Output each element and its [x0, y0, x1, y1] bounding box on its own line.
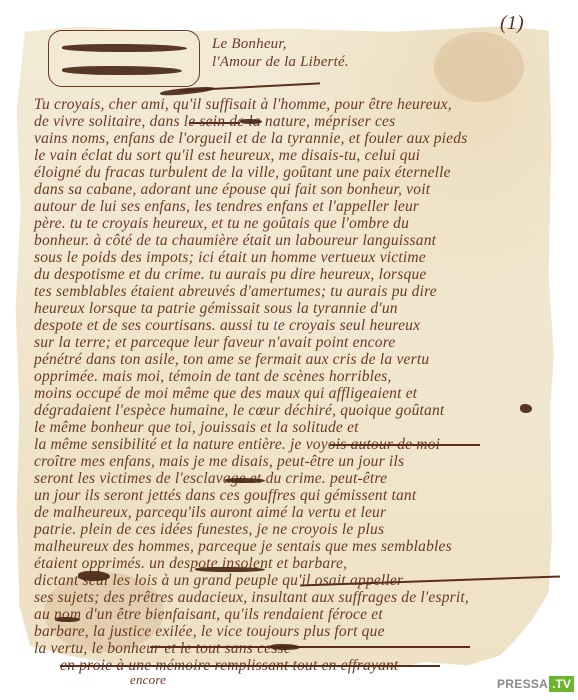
ink-strikeout — [150, 646, 470, 648]
manuscript-line: patrie. plein de ces idées funestes, je … — [34, 521, 384, 539]
manuscript-line: pénétré dans ton asile, ton ame se ferma… — [34, 351, 429, 369]
watermark-prefix: PRESSA — [497, 677, 548, 691]
manuscript-line: seront les victimes de l'esclavage et du… — [34, 470, 387, 488]
heading-title: Le Bonheur, — [212, 36, 287, 53]
manuscript-line: vains noms, enfans de l'orgueil et de la… — [34, 130, 467, 148]
manuscript-line: tes semblables étaient abreuvés d'amertu… — [34, 283, 437, 301]
manuscript-line: la vertu, le bonheur et le tout sans ces… — [34, 640, 291, 658]
manuscript-line: croître mes enfans, mais je me disais, p… — [34, 453, 404, 471]
manuscript-line: éloigné du fracas turbulent de la ville,… — [34, 164, 451, 182]
ink-strikeout — [62, 44, 187, 52]
paper-stain — [434, 32, 524, 102]
ink-strikeout — [62, 66, 182, 75]
ink-strikeout — [190, 122, 240, 124]
manuscript-line: le même bonheur que toi, jouissais et la… — [34, 419, 359, 437]
manuscript-line: moins occupé de moi même que des maux qu… — [34, 385, 417, 403]
page-number: (1) — [500, 12, 524, 35]
ink-blot — [270, 644, 300, 650]
manuscript-line: bonheur. à côté de ta chaumière était un… — [34, 232, 436, 250]
pressa-tv-watermark: PRESSA .TV — [497, 676, 574, 692]
manuscript-line: sous le poids des impots; ici était un h… — [34, 249, 426, 267]
ink-strikeout — [55, 617, 80, 622]
manuscript-line: le vain éclat du sort qu'il est heureux,… — [34, 147, 420, 165]
manuscript-line: opprimée. mais moi, témoin de tant de sc… — [34, 368, 392, 386]
manuscript-line: dégradaient l'espèce humaine, le cœur dé… — [34, 402, 444, 420]
ink-strikeout — [225, 478, 265, 483]
ink-blot — [520, 404, 532, 413]
manuscript-line: du despotisme et du crime. tu aurais pu … — [34, 266, 426, 284]
manuscript-line: Tu croyais, cher ami, qu'il suffisait à … — [34, 96, 452, 114]
manuscript-line: sur la terre; et parceque leur faveur n'… — [34, 334, 395, 352]
watermark-suffix: .TV — [549, 676, 574, 692]
ink-strikeout — [60, 665, 440, 667]
heading-subtitle: l'Amour de la Liberté. — [212, 54, 349, 71]
manuscript-line: autour de lui ses enfans, les tendres en… — [34, 198, 419, 216]
manuscript-line: barbare, la justice exilée, le vice touj… — [34, 623, 385, 641]
ink-blot — [78, 571, 110, 581]
manuscript-line: encore — [130, 672, 166, 688]
ink-strikeout — [330, 444, 480, 446]
manuscript-line: étaient opprimés. un despote insolent et… — [34, 555, 347, 573]
manuscript-line: dans sa cabane, adorant une épouse qui f… — [34, 181, 430, 199]
manuscript-line: despote et de ses courtisans. aussi tu t… — [34, 317, 420, 335]
heading-bracket — [48, 30, 200, 87]
manuscript-line: père. tu te croyais heureux, et tu ne go… — [34, 215, 409, 233]
manuscript-line: heureux lorsque ta patrie gémissait sous… — [34, 300, 398, 318]
manuscript-line: ses sujets; des prêtres audacieux, insul… — [34, 589, 469, 607]
ink-strikeout — [195, 567, 265, 572]
ink-blot — [240, 119, 262, 124]
manuscript-line: au nom d'un être bienfaisant, qu'ils ren… — [34, 606, 383, 624]
manuscript-line: de malheureux, parcequ'ils auront aimé l… — [34, 504, 386, 522]
manuscript-line: un jour ils seront jettés dans ces gouff… — [34, 487, 416, 505]
manuscript-line: malheureux des hommes, parceque je senta… — [34, 538, 452, 556]
